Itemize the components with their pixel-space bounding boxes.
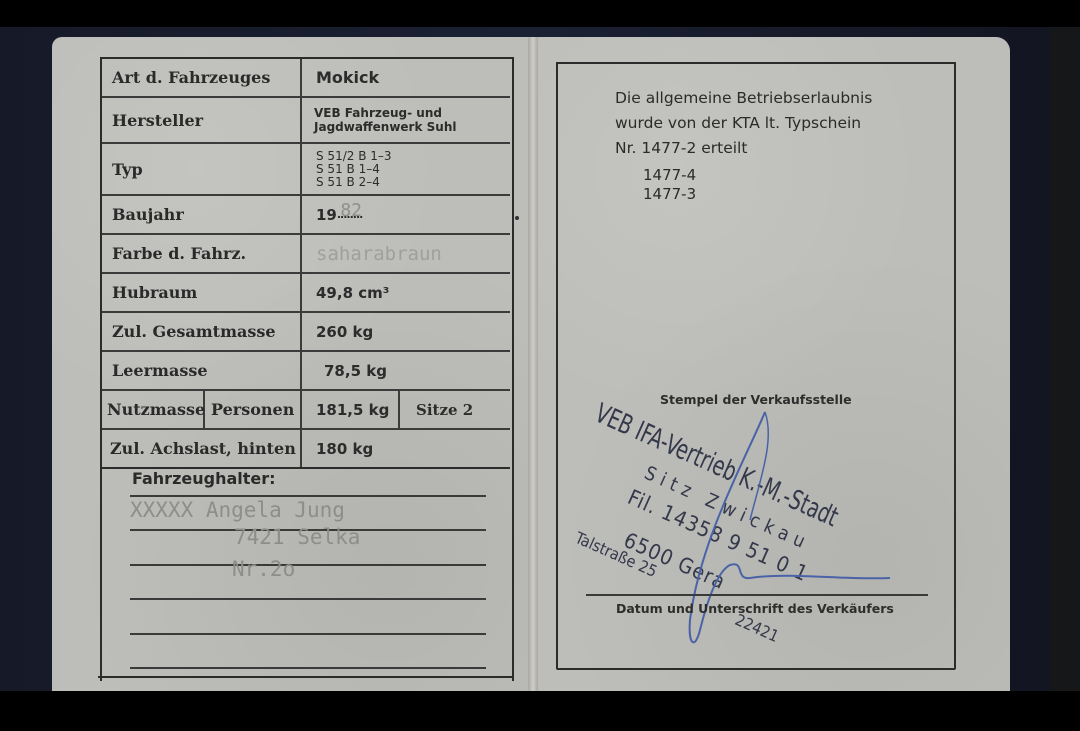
approval-line-2: wurde von der KTA lt. Typschein [615,111,872,136]
color-typed: saharabraun [316,243,442,265]
holder-name-typed: XXXXX Angela Jung [130,498,345,522]
holder-bottom-rule [98,676,512,678]
holder-number-typed: Nr.2o [232,557,295,581]
holder-city-typed: 7421 Selka [234,525,360,549]
approval-text: Die allgemeine Betriebserlaubnis wurde v… [615,86,872,161]
holder-line-5 [130,633,486,635]
value-payload: 181,5 kg [302,391,400,428]
row-build-year: Baujahr 19........82 [102,196,510,235]
holder-line-6 [130,667,486,669]
row-manufacturer: Hersteller VEB Fahrzeug- und Jagdwaffenw… [102,98,510,144]
approval-line-3: Nr. 1477-2 erteilt [615,136,872,161]
value-empty-mass: 78,5 kg [302,352,510,389]
year-typed: 82 [340,200,362,221]
value-payload-seats: 181,5 kg Sitze 2 [302,391,510,428]
value-color: saharabraun [302,235,510,272]
row-type: Typ S 51/2 B 1–3 S 51 B 1–4 S 51 B 2–4 [102,144,510,196]
signature-rule [586,594,928,596]
label-vehicle-type: Art d. Fahrzeuges [102,59,302,96]
vehicle-data-table: Art d. Fahrzeuges Mokick Hersteller VEB … [102,59,510,469]
label-payload: Nutzmasse [102,391,205,428]
row-payload: Nutzmasse Personen 181,5 kg Sitze 2 [102,391,510,430]
row-gross-mass: Zul. Gesamtmasse 260 kg [102,313,510,352]
year-prefix: 19 [316,206,337,224]
label-manufacturer: Hersteller [102,98,302,142]
value-build-year: 19........82 [302,196,510,233]
paper-speck [515,216,519,220]
label-displacement: Hubraum [102,274,302,311]
value-displacement: 49,8 cm³ [302,274,510,311]
row-vehicle-type: Art d. Fahrzeuges Mokick [102,59,510,98]
row-displacement: Hubraum 49,8 cm³ [102,274,510,313]
label-persons: Personen [205,391,294,428]
stamp-label: Stempel der Verkaufsstelle [660,392,852,407]
vehicle-holder-section: Fahrzeughalter: XXXXX Angela Jung 7421 S… [102,461,510,671]
type-line-3: S 51 B 2–4 [316,176,380,189]
holder-line-4 [130,598,486,600]
holder-line-3 [130,564,486,566]
label-empty-mass: Leermasse [102,352,302,389]
approval-line-1: Die allgemeine Betriebserlaubnis [615,86,872,111]
label-color: Farbe d. Fahrz. [102,235,302,272]
value-seats: Sitze 2 [400,391,510,428]
type-line-2: S 51 B 1–4 [316,163,380,176]
value-manufacturer: VEB Fahrzeug- und Jagdwaffenwerk Suhl [302,98,510,142]
type-line-1: S 51/2 B 1–3 [316,150,392,163]
booklet-spine [528,37,538,691]
row-empty-mass: Leermasse 78,5 kg [102,352,510,391]
backdrop-edge [1050,27,1080,691]
label-build-year: Baujahr [102,196,302,233]
manufacturer-line-1: VEB Fahrzeug- und [314,106,442,120]
approval-number-1: 1477-4 [643,166,696,185]
value-gross-mass: 260 kg [302,313,510,350]
value-vehicle-type: Mokick [302,59,510,96]
manufacturer-line-2: Jagdwaffenwerk Suhl [314,120,456,134]
value-type: S 51/2 B 1–3 S 51 B 1–4 S 51 B 2–4 [302,144,510,194]
signature-label: Datum und Unterschrift des Verkäufers [616,601,894,616]
label-type: Typ [102,144,302,194]
label-gross-mass: Zul. Gesamtmasse [102,313,302,350]
row-color: Farbe d. Fahrz. saharabraun [102,235,510,274]
holder-title: Fahrzeughalter: [132,469,276,488]
approval-number-2: 1477-3 [643,185,696,204]
holder-line-1 [130,495,486,497]
label-payload-persons: Nutzmasse Personen [102,391,302,428]
approval-numbers: 1477-4 1477-3 [643,166,696,204]
